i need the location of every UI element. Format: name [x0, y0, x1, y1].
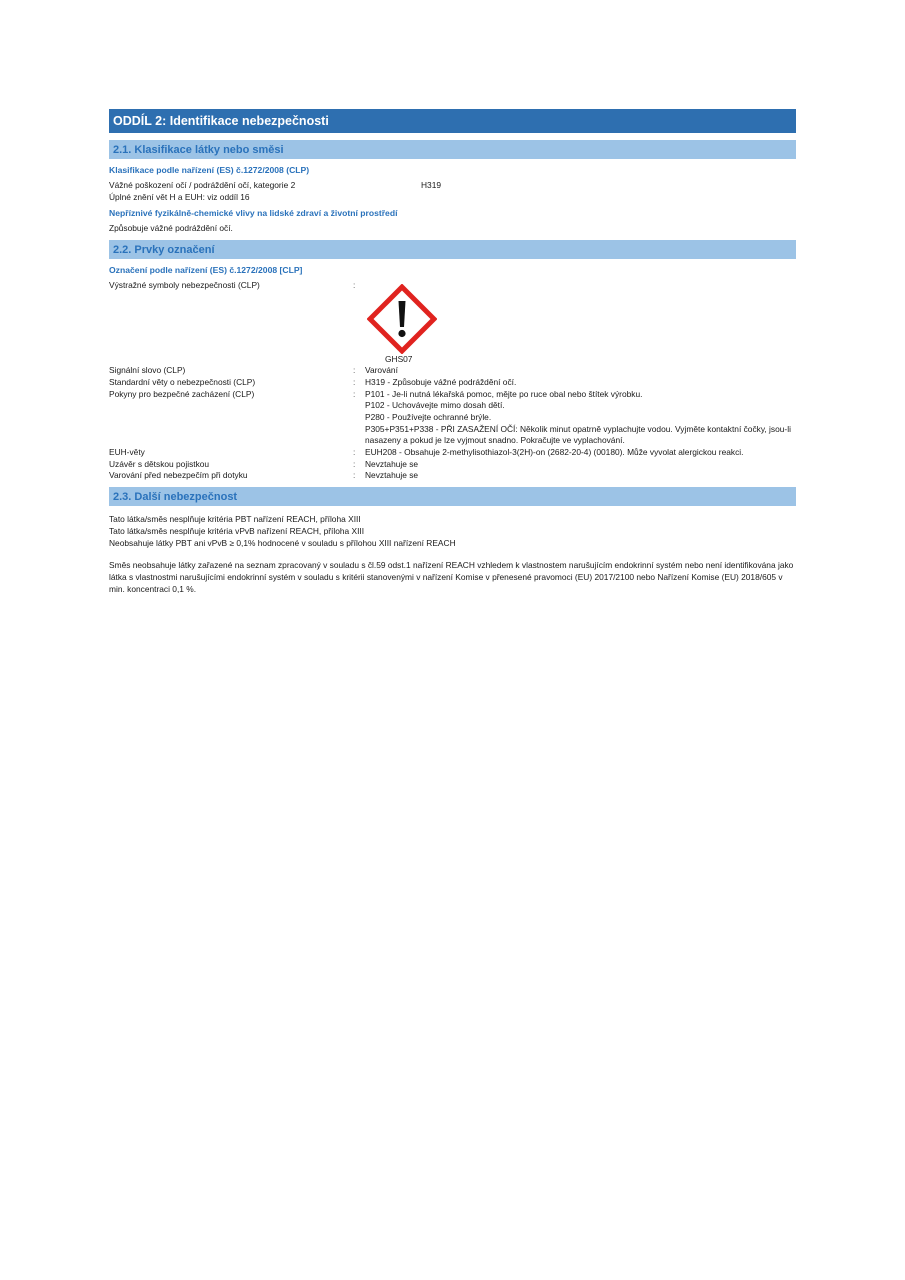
tactile-warning-value: Nevztahuje se — [365, 470, 796, 482]
hazard-statement: H319 - Způsobuje vážné podráždění očí. — [365, 377, 796, 389]
full-text-note: Úplné znění vět H a EUH: viz oddíl 16 — [109, 192, 796, 204]
hazard-statements-row: Standardní věty o nebezpečnosti (CLP) : … — [109, 377, 796, 389]
labelling-title: Označení podle nařízení (ES) č.1272/2008… — [109, 264, 796, 276]
precaution-p280: P280 - Používejte ochranné brýle. — [365, 412, 796, 424]
precaution-p305: P305+P351+P338 - PŘI ZASAŽENÍ OČÍ: Někol… — [365, 424, 796, 447]
precautionary-statements-row: Pokyny pro bezpečné zacházení (CLP) : P1… — [109, 389, 796, 448]
colon: : — [353, 365, 365, 377]
euh-statement: EUH208 - Obsahuje 2-methylisothiazol-3(2… — [365, 447, 796, 459]
pictogram-block: GHS07 — [365, 280, 796, 365]
hazard-statements-label: Standardní věty o nebezpečnosti (CLP) — [109, 377, 353, 389]
euh-statements-row: EUH-věty : EUH208 - Obsahuje 2-methyliso… — [109, 447, 796, 459]
subsection-2-3-header: 2.3. Další nebezpečnost — [109, 487, 796, 506]
pictogram-code: GHS07 — [365, 354, 796, 365]
section-header: ODDÍL 2: Identifikace nebezpečnosti — [109, 109, 796, 133]
precautionary-list: P101 - Je-li nutná lékařská pomoc, mějte… — [365, 389, 796, 448]
tactile-warning-label: Varování před nebezpečím při dotyku — [109, 470, 353, 482]
precaution-p101: P101 - Je-li nutná lékařská pomoc, mějte… — [365, 389, 796, 401]
pictograms-row: Výstražné symboly nebezpečnosti (CLP) : … — [109, 280, 796, 365]
colon: : — [353, 280, 365, 365]
colon: : — [353, 377, 365, 389]
classification-row: Vážné poškození očí / podráždění očí, ka… — [109, 180, 796, 192]
classification-code: H319 — [421, 180, 441, 192]
clp-classification-title: Klasifikace podle nařízení (ES) č.1272/2… — [109, 164, 796, 176]
precaution-p102: P102 - Uchovávejte mimo dosah dětí. — [365, 400, 796, 412]
signal-word-label: Signální slovo (CLP) — [109, 365, 353, 377]
child-closure-label: Uzávěr s dětskou pojistkou — [109, 459, 353, 471]
pbt-line: Tato látka/směs nesplňuje kritéria PBT n… — [109, 514, 796, 526]
child-closure-value: Nevztahuje se — [365, 459, 796, 471]
tactile-warning-row: Varování před nebezpečím při dotyku : Ne… — [109, 470, 796, 482]
signal-word-row: Signální slovo (CLP) : Varování — [109, 365, 796, 377]
subsection-2-1-header: 2.1. Klasifikace látky nebo směsi — [109, 140, 796, 159]
colon: : — [353, 459, 365, 471]
pbt-vpvb-line: Neobsahuje látky PBT ani vPvB ≥ 0,1% hod… — [109, 538, 796, 550]
child-closure-row: Uzávěr s dětskou pojistkou : Nevztahuje … — [109, 459, 796, 471]
vpvb-line: Tato látka/směs nesplňuje kritéria vPvB … — [109, 526, 796, 538]
colon: : — [353, 470, 365, 482]
ghs07-exclamation-icon — [367, 284, 437, 354]
classification-text: Vážné poškození očí / podráždění očí, ka… — [109, 180, 295, 190]
precautionary-label: Pokyny pro bezpečné zacházení (CLP) — [109, 389, 353, 448]
colon: : — [353, 447, 365, 459]
euh-label: EUH-věty — [109, 447, 353, 459]
effects-text: Způsobuje vážné podráždění očí. — [109, 223, 796, 235]
colon: : — [353, 389, 365, 448]
subsection-2-2-header: 2.2. Prvky označení — [109, 240, 796, 259]
endocrine-text: Směs neobsahuje látky zařazené na seznam… — [109, 560, 796, 595]
pictograms-label: Výstražné symboly nebezpečnosti (CLP) — [109, 280, 353, 365]
sds-section-2: ODDÍL 2: Identifikace nebezpečnosti 2.1.… — [109, 109, 796, 595]
signal-word-value: Varování — [365, 365, 796, 377]
effects-title: Nepříznivé fyzikálně-chemické vlivy na l… — [109, 207, 796, 219]
